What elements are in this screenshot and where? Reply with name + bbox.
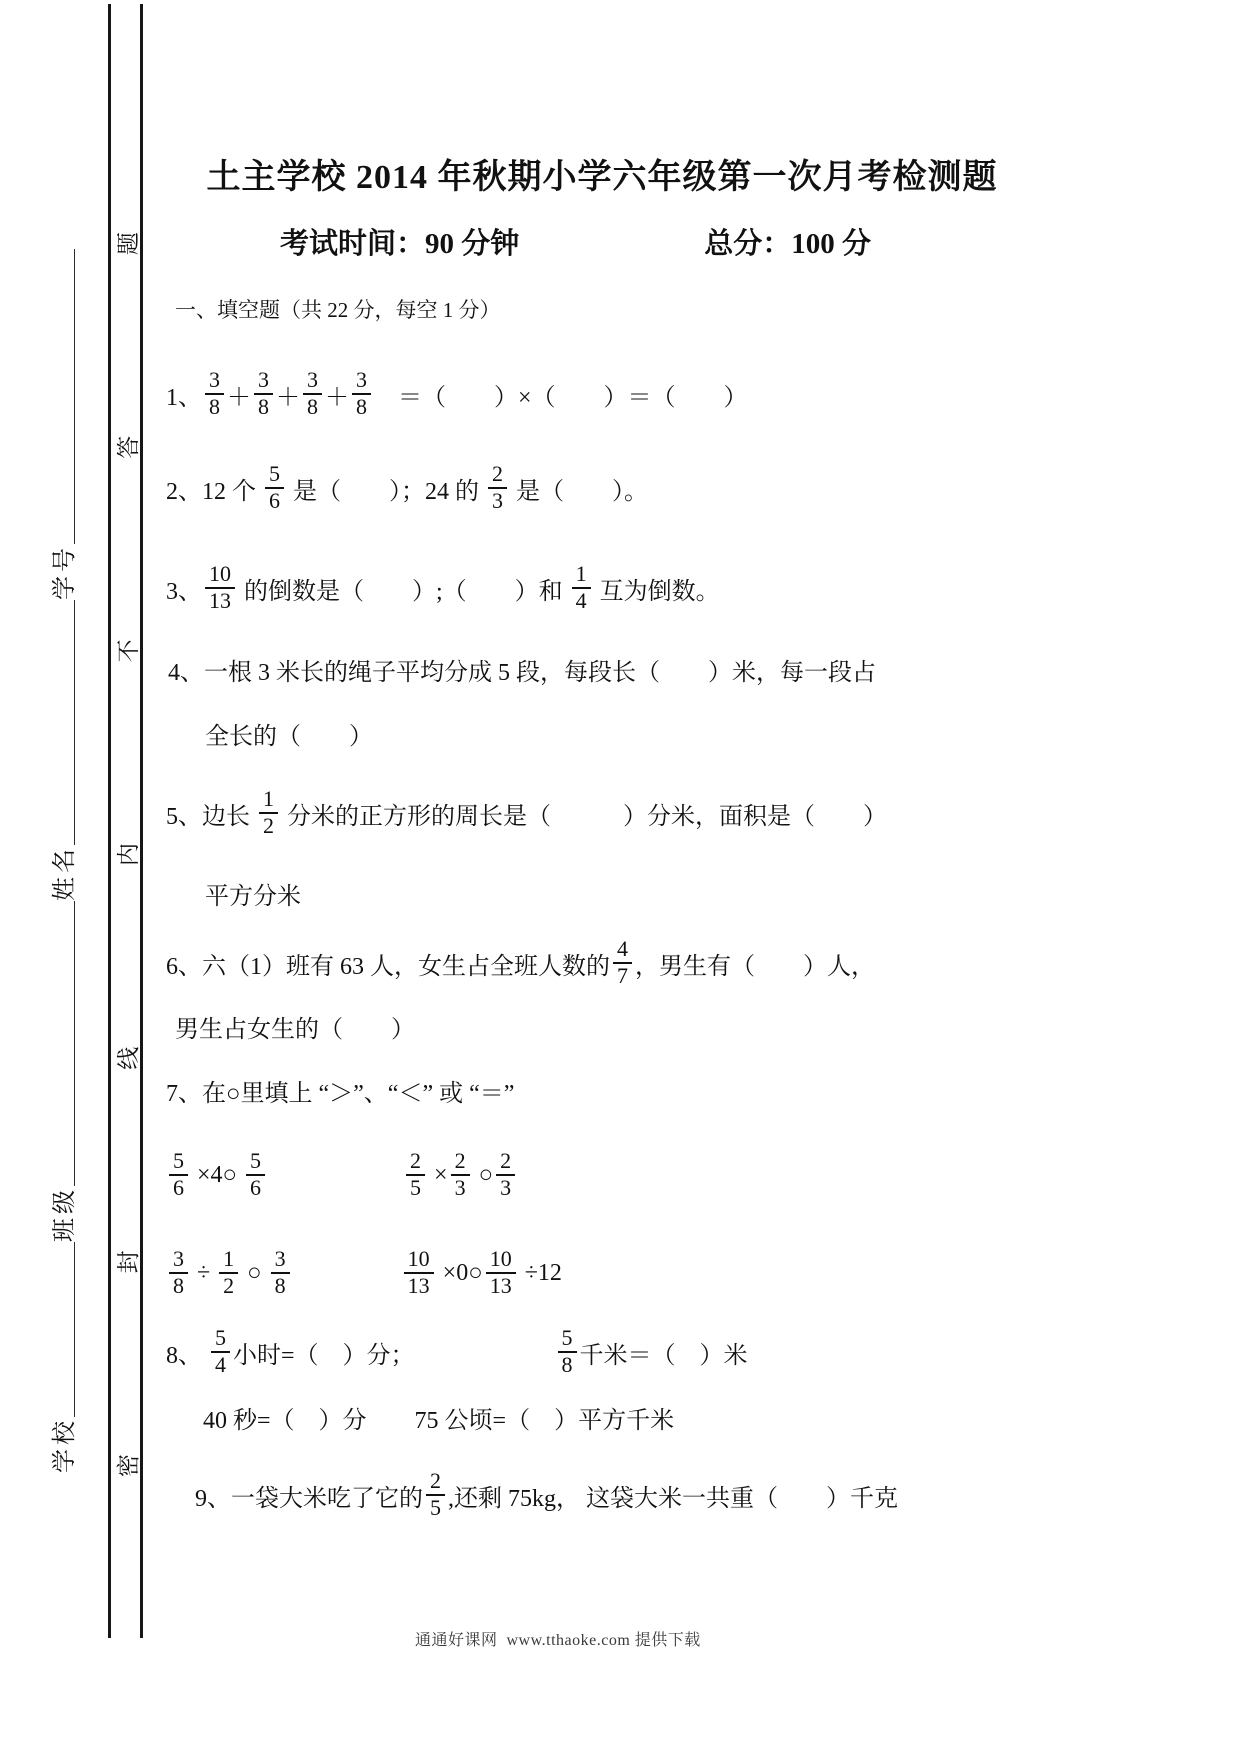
fraction: 23 <box>496 1149 515 1200</box>
question-text: ÷ <box>191 1260 216 1287</box>
fraction-numerator: 5 <box>211 1326 230 1353</box>
seal-field-label: 学号 <box>44 544 79 600</box>
seal-field-blank-line <box>72 901 75 1186</box>
fraction-denominator: 8 <box>303 395 322 420</box>
fraction: 56 <box>169 1149 188 1200</box>
question-text: 的倒数是（ ）;（ ）和 <box>238 571 569 606</box>
fraction-numerator: 2 <box>451 1149 470 1176</box>
question-text: 8、 <box>166 1335 208 1370</box>
question-text: ×0○ <box>437 1260 483 1287</box>
question-text: 7、在○里填上 “＞”、“＜” 或 “＝” <box>166 1073 514 1108</box>
fraction-denominator: 13 <box>205 589 235 614</box>
fraction-denominator: 8 <box>558 1353 577 1378</box>
question-8-line-1: 8、 54小时=（ ）分；58千米＝（ ）米 <box>166 1322 748 1382</box>
seal-strip-char: 内 <box>110 843 143 866</box>
question-text: 3、 <box>166 571 202 606</box>
exam-meta: 考试时间：90 分钟 总分：100 分 <box>280 224 871 264</box>
question-6-line-2: 男生占女生的（ ） <box>175 996 415 1056</box>
question-text: 4、一根 3 米长的绳子平均分成 5 段，每段长（ ）米，每一段占 <box>168 652 876 687</box>
question-2: 2、12 个 56 是（ ）；24 的 23 是（ ）。 <box>166 458 648 518</box>
fraction-numerator: 3 <box>303 368 322 395</box>
fraction-denominator: 7 <box>613 964 632 989</box>
question-8-line-2: 40 秒=（ ）分75 公顷=（ ）平方千米 <box>203 1387 674 1447</box>
fraction-denominator: 6 <box>169 1176 188 1201</box>
question-text: 40 秒=（ ）分 <box>203 1400 367 1435</box>
seal-strip-char: 题 <box>110 232 143 255</box>
question-5-line-2: 平方分米 <box>205 863 301 923</box>
question-text: ，男生有（ ）人， <box>635 946 875 981</box>
gap-spacer <box>367 1417 415 1418</box>
fraction-denominator: 3 <box>496 1176 515 1201</box>
fraction: 38 <box>169 1247 188 1298</box>
fraction-numerator: 10 <box>486 1247 516 1274</box>
question-7-row-1: 56 ×4○ 5625 ×23 ○23 <box>166 1145 518 1205</box>
fraction-denominator: 13 <box>486 1274 516 1299</box>
fraction: 23 <box>488 462 507 513</box>
question-text: 平方分米 <box>205 876 301 911</box>
page-footer: 通通好课网 www.tthaoke.com 提供下载 <box>415 1627 701 1650</box>
seal-field-label: 班级 <box>44 1186 79 1242</box>
fraction: 54 <box>211 1326 230 1377</box>
seal-field-label: 姓名 <box>44 845 79 901</box>
fraction-numerator: 5 <box>265 462 284 489</box>
fraction-numerator: 3 <box>205 368 224 395</box>
fraction-denominator: 13 <box>404 1274 434 1299</box>
fraction: 25 <box>406 1149 425 1200</box>
question-text: 男生占女生的（ ） <box>175 1009 415 1044</box>
question-text: ＋ <box>325 377 349 412</box>
fraction-numerator: 1 <box>259 787 278 814</box>
question-text: ＝（ ）×（ ）＝（ ） <box>374 377 748 412</box>
question-7-heading: 7、在○里填上 “＞”、“＜” 或 “＝” <box>166 1060 514 1120</box>
fraction: 23 <box>451 1149 470 1200</box>
question-text: 9、一袋大米吃了它的 <box>195 1478 423 1513</box>
fraction: 25 <box>426 1469 445 1520</box>
fraction: 1013 <box>486 1247 516 1298</box>
fraction-denominator: 4 <box>211 1353 230 1378</box>
fraction: 56 <box>246 1149 265 1200</box>
question-4-line-2: 全长的（ ） <box>205 703 373 763</box>
fraction-denominator: 8 <box>352 395 371 420</box>
fraction-numerator: 5 <box>169 1149 188 1176</box>
question-text: 6、六（1）班有 63 人，女生占全班人数的 <box>166 946 610 981</box>
question-text: 小时=（ ）分； <box>233 1335 415 1370</box>
fraction: 1013 <box>205 562 235 613</box>
fraction-denominator: 8 <box>254 395 273 420</box>
fraction-numerator: 1 <box>219 1247 238 1274</box>
fraction-denominator: 2 <box>259 814 278 839</box>
fraction-numerator: 3 <box>169 1247 188 1274</box>
question-text: 是（ ）。 <box>510 471 648 506</box>
fraction-denominator: 8 <box>271 1274 290 1299</box>
gap-spacer <box>268 1175 403 1176</box>
seal-field-blank-line <box>72 1242 75 1417</box>
seal-strip: 密封线内不答题 <box>111 228 141 1481</box>
fraction-numerator: 1 <box>572 562 591 589</box>
seal-strip-char: 不 <box>110 639 143 662</box>
fraction: 12 <box>219 1247 238 1298</box>
fraction-numerator: 5 <box>246 1149 265 1176</box>
seal-field-blank-line <box>72 600 75 845</box>
fraction: 12 <box>259 787 278 838</box>
seal-field-blank-line <box>72 249 75 544</box>
question-text: 2、12 个 <box>166 471 262 506</box>
question-text: 5、边长 <box>166 796 256 831</box>
question-7-row-2: 38 ÷ 12 ○ 381013 ×0○1013 ÷12 <box>166 1243 562 1303</box>
question-text: ＋ <box>276 377 300 412</box>
seal-strip-char: 密 <box>110 1454 143 1477</box>
fraction-numerator: 10 <box>404 1247 434 1274</box>
question-text: 75 公顷=（ ）平方千米 <box>415 1400 675 1435</box>
section-heading: 一、填空题（共 22 分，每空 1 分） <box>175 296 501 324</box>
fraction: 38 <box>352 368 371 419</box>
total-score-label: 总分：100 分 <box>704 224 871 264</box>
question-text: ○ <box>241 1260 268 1287</box>
question-6-line-1: 6、六（1）班有 63 人，女生占全班人数的47，男生有（ ）人， <box>166 933 875 993</box>
exam-page: 密封线内不答题 学校班级姓名学号 土主学校 2014 年秋期小学六年级第一次月考… <box>0 0 1240 1754</box>
seal-strip-char: 答 <box>110 436 143 459</box>
fraction-numerator: 2 <box>406 1149 425 1176</box>
question-5-line-1: 5、边长 12 分米的正方形的周长是（ ）分米，面积是（ ） <box>166 783 887 843</box>
fraction: 1013 <box>404 1247 434 1298</box>
fraction: 38 <box>271 1247 290 1298</box>
fraction-denominator: 8 <box>169 1274 188 1299</box>
fraction: 38 <box>303 368 322 419</box>
fraction-denominator: 3 <box>451 1176 470 1201</box>
fraction: 47 <box>613 937 632 988</box>
fraction-denominator: 8 <box>205 395 224 420</box>
fraction-numerator: 5 <box>558 1326 577 1353</box>
question-text: ×4○ <box>191 1162 243 1189</box>
question-9: 9、一袋大米吃了它的25,还剩 75kg， 这袋大米一共重（ ）千克 <box>195 1465 898 1525</box>
fraction-numerator: 2 <box>496 1149 515 1176</box>
question-text: ○ <box>473 1162 494 1189</box>
fraction-numerator: 4 <box>613 937 632 964</box>
fraction: 14 <box>572 562 591 613</box>
fraction-denominator: 4 <box>572 589 591 614</box>
exam-title: 土主学校 2014 年秋期小学六年级第一次月考检测题 <box>0 156 1204 200</box>
fraction: 38 <box>254 368 273 419</box>
gap-spacer <box>415 1352 555 1353</box>
fraction-denominator: 2 <box>219 1274 238 1299</box>
question-text: 互为倒数。 <box>594 571 720 606</box>
question-text: 分米的正方形的周长是（ ）分米，面积是（ ） <box>281 796 887 831</box>
fraction: 56 <box>265 462 284 513</box>
seal-field-label: 学校 <box>44 1417 79 1473</box>
fraction-denominator: 3 <box>488 489 507 514</box>
question-text: 1、 <box>166 377 202 412</box>
fraction-numerator: 3 <box>352 368 371 395</box>
question-1: 1、38＋38＋38＋38 ＝（ ）×（ ）＝（ ） <box>166 364 748 424</box>
gap-spacer <box>293 1273 401 1274</box>
question-text: 是（ ）；24 的 <box>287 471 485 506</box>
fraction-denominator: 6 <box>265 489 284 514</box>
fraction-numerator: 2 <box>488 462 507 489</box>
fraction-numerator: 2 <box>426 1469 445 1496</box>
question-3: 3、1013 的倒数是（ ）;（ ）和 14 互为倒数。 <box>166 558 720 618</box>
fraction-denominator: 6 <box>246 1176 265 1201</box>
fraction: 58 <box>558 1326 577 1377</box>
question-text: ÷12 <box>519 1260 562 1287</box>
seal-strip-char: 封 <box>110 1250 143 1273</box>
seal-field-labels: 学校班级姓名学号 <box>44 245 78 1473</box>
question-text: 全长的（ ） <box>205 716 373 751</box>
fraction-numerator: 3 <box>254 368 273 395</box>
fraction: 38 <box>205 368 224 419</box>
question-4-line-1: 4、一根 3 米长的绳子平均分成 5 段，每段长（ ）米，每一段占 <box>168 639 876 699</box>
fraction-numerator: 3 <box>271 1247 290 1274</box>
question-text: 千米＝（ ）米 <box>580 1335 748 1370</box>
question-text: ,还剩 75kg， 这袋大米一共重（ ）千克 <box>448 1478 898 1513</box>
question-text: ＋ <box>227 377 251 412</box>
seal-strip-char: 线 <box>110 1047 143 1070</box>
fraction-denominator: 5 <box>406 1176 425 1201</box>
exam-time-label: 考试时间：90 分钟 <box>280 224 519 264</box>
question-text: × <box>428 1162 448 1189</box>
fraction-denominator: 5 <box>426 1496 445 1521</box>
fraction-numerator: 10 <box>205 562 235 589</box>
